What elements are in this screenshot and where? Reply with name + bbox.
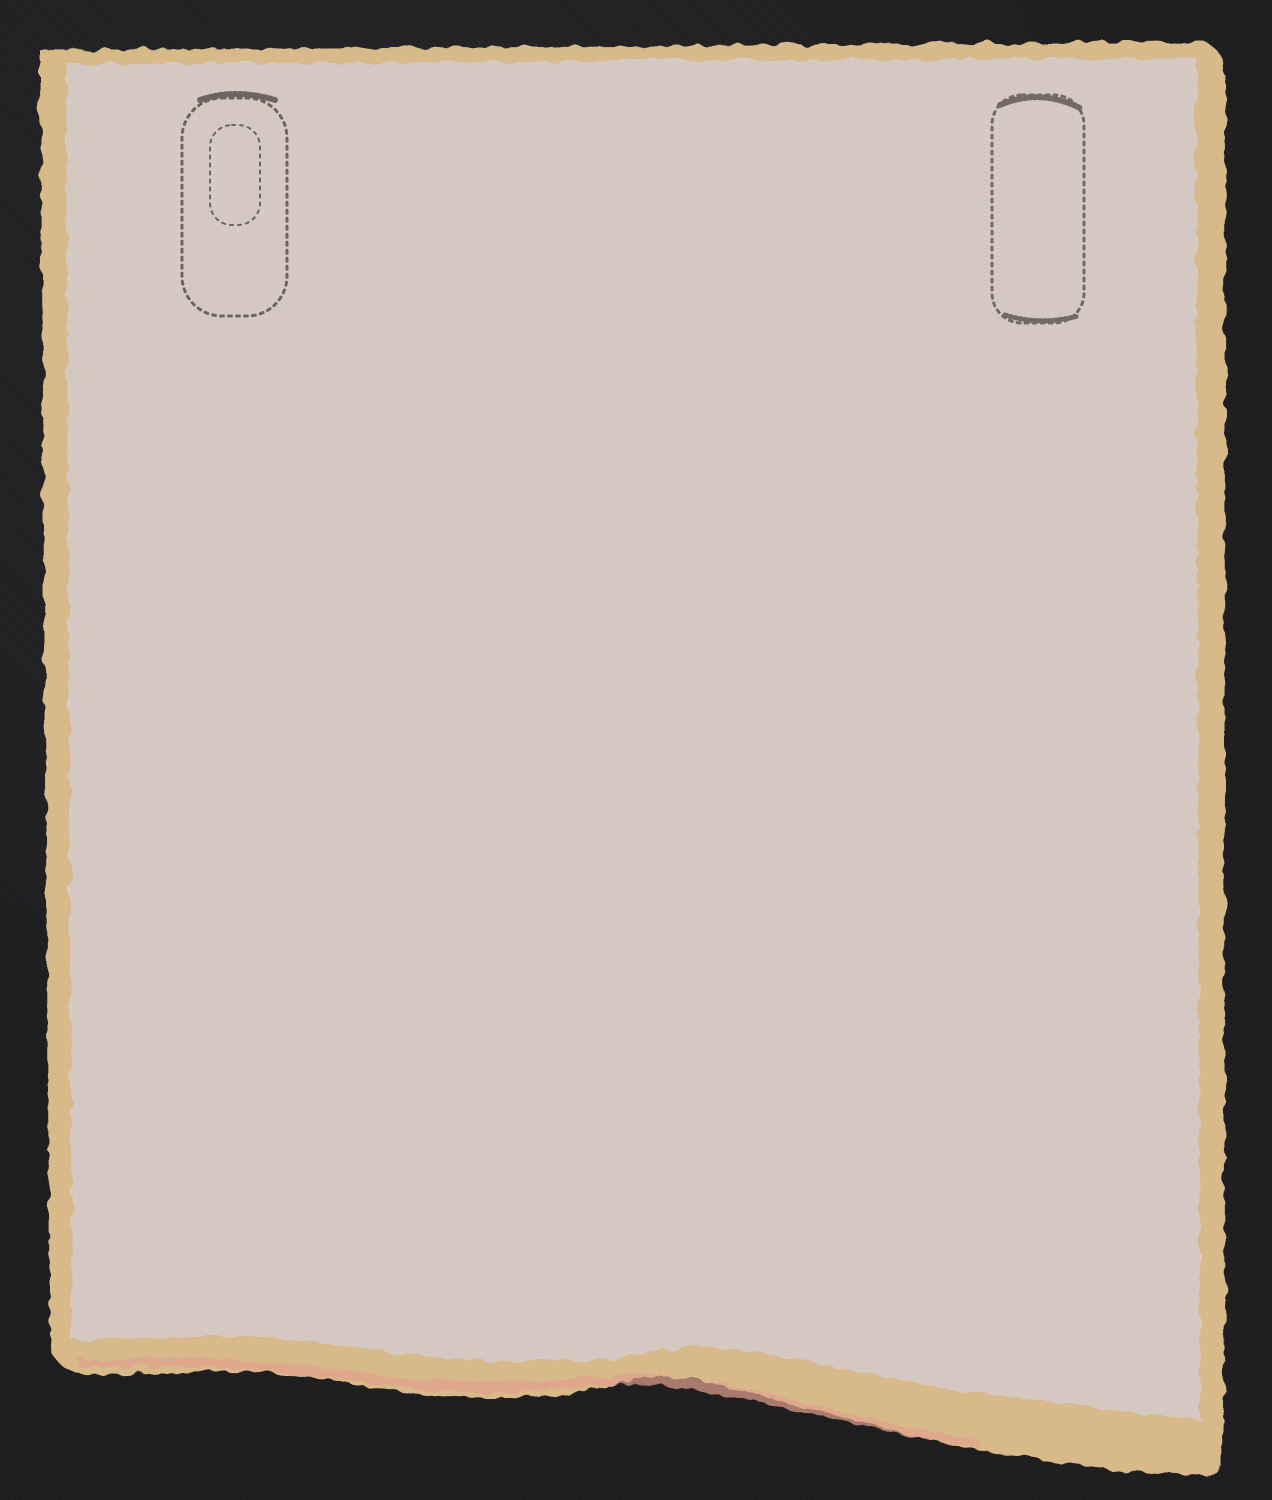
card-illustration <box>0 0 1272 1500</box>
paper-card <box>0 0 1272 1500</box>
paper-fiber-texture <box>66 58 1200 1420</box>
